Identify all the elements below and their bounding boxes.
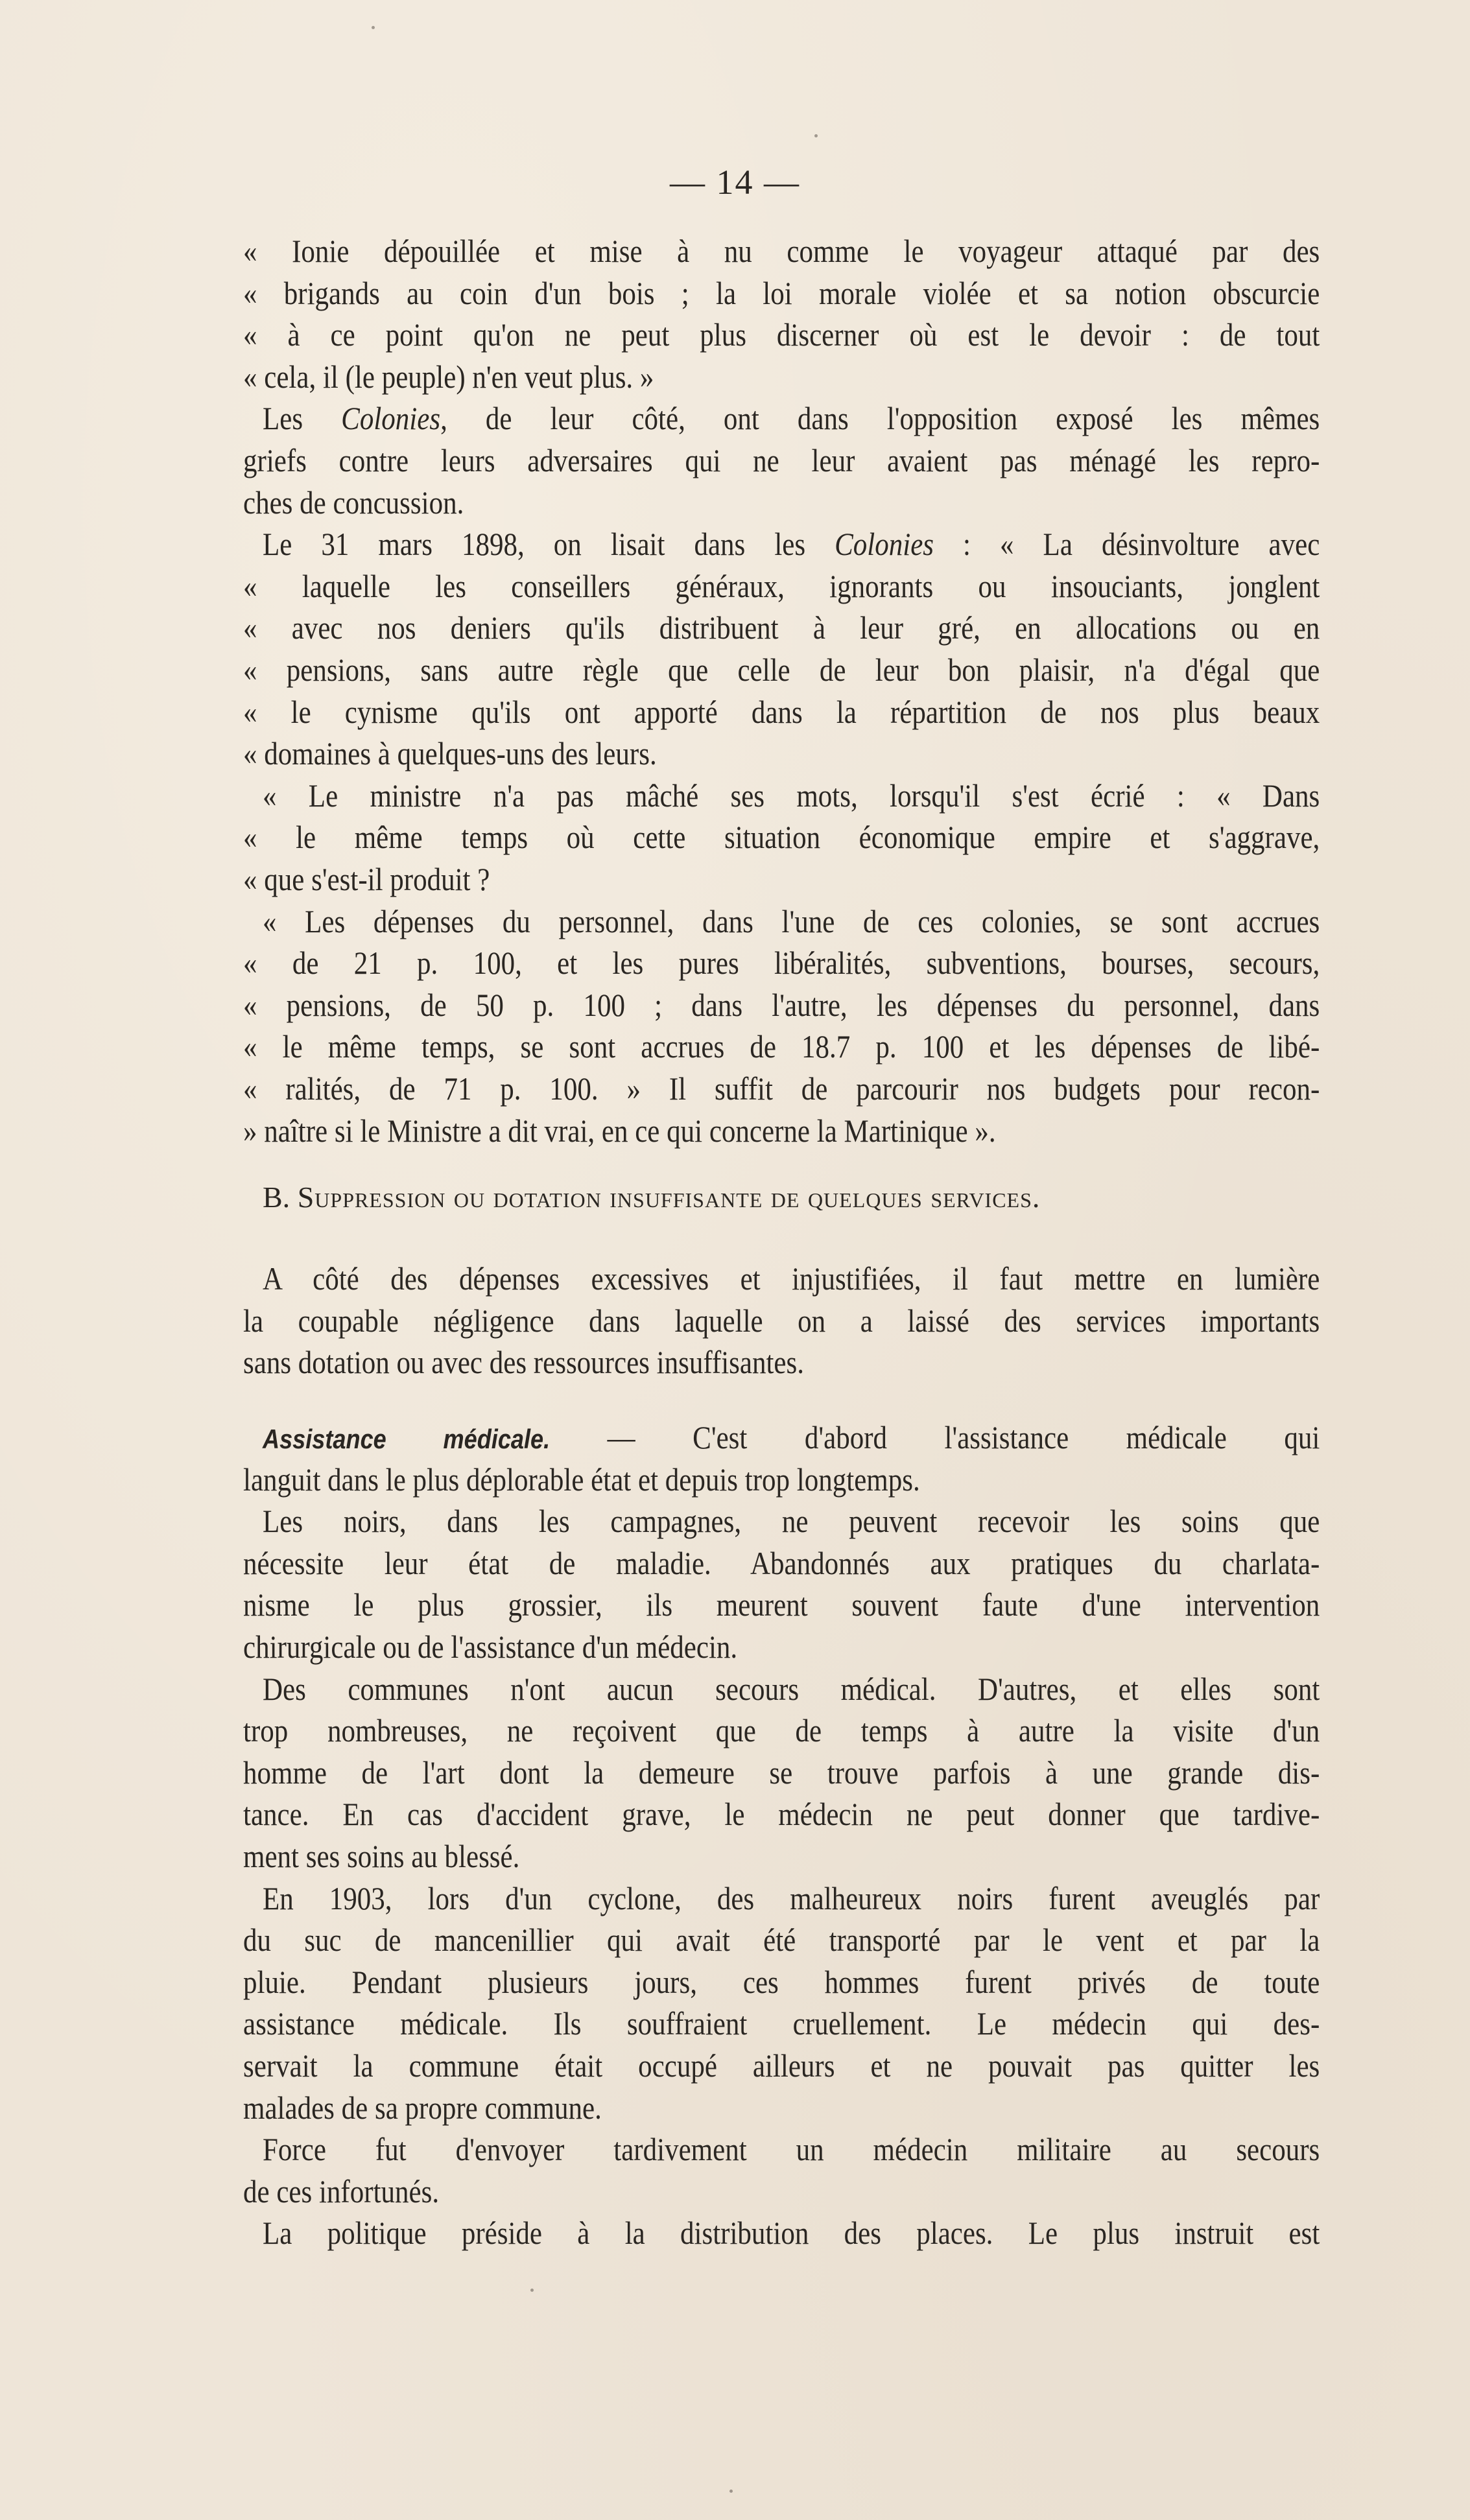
ink-speck [372,26,375,29]
text-line-content: assistance médicale. Ils souffraient cru… [243,2003,1320,2044]
text-line-content: » naître si le Ministre a dit vrai, en c… [243,1110,1320,1151]
text-line: servait la commune était occupé ailleurs… [243,2045,1320,2086]
text-line-content: « que s'est-il produit ? [243,858,1320,900]
text-line: Assistance médicale. — C'est d'abord l'a… [263,1417,1320,1458]
text-line-content: Assistance médicale. — C'est d'abord l'a… [263,1417,1320,1460]
text-line: nécessite leur état de maladie. Abandonn… [243,1542,1320,1584]
text-line: pluie. Pendant plusieurs jours, ces homm… [243,1961,1320,2003]
text-line: « Les dépenses du personnel, dans l'une … [263,901,1320,942]
text-line: assistance médicale. Ils souffraient cru… [243,2003,1320,2044]
section-title-initial: S [298,1181,315,1214]
text-line: « cela, il (le peuple) n'en veut plus. » [243,356,1320,397]
text-line: malades de sa propre commune. [243,2087,1320,2128]
text-line-content: La politique préside à la distribution d… [263,2212,1320,2254]
text-line: griefs contre leurs adversaires qui ne l… [243,440,1320,481]
text-line: « Le ministre n'a pas mâché ses mots, lo… [263,775,1320,816]
text-line: languit dans le plus déplorable état et … [243,1459,1320,1500]
text-line: nisme le plus grossier, ils meurent souv… [243,1584,1320,1625]
text-line-content: Le 31 mars 1898, on lisait dans les Colo… [263,523,1320,565]
text-line-content: malades de sa propre commune. [243,2087,1320,2128]
text-line-content: nécessite leur état de maladie. Abandonn… [243,1542,1320,1584]
text-line: « laquelle les conseillers généraux, ign… [243,565,1320,607]
text-fragment: : « La désinvolture avec [934,526,1320,562]
text-line: homme de l'art dont la demeure se trouve… [243,1752,1320,1793]
text-line: « que s'est-il produit ? [243,858,1320,900]
ink-speck [530,2289,534,2292]
text-line-content: « pensions, sans autre règle que celle d… [243,649,1320,690]
text-line: « pensions, de 50 p. 100 ; dans l'autre,… [243,984,1320,1026]
text-line-content: la coupable négligence dans laquelle on … [243,1300,1320,1341]
text-line-content: « Ionie dépouillée et mise à nu comme le… [243,230,1320,272]
text-line-content: chirurgicale ou de l'assistance d'un méd… [243,1626,1320,1667]
italic-title: Colonies [835,526,934,562]
text-line-content: « Le ministre n'a pas mâché ses mots, lo… [263,775,1320,816]
text-line-content: sans dotation ou avec des ressources ins… [243,1341,1320,1383]
text-line-content: « laquelle les conseillers généraux, ign… [243,565,1320,607]
text-line-content: « à ce point qu'on ne peut plus discerne… [243,314,1320,355]
text-fragment: , de leur côté, ont dans l'opposition ex… [440,400,1320,436]
runin-text: — C'est d'abord l'assistance médicale qu… [550,1419,1320,1455]
text-line: « ralités, de 71 p. 100. » Il suffit de … [243,1068,1320,1109]
text-line-content: « avec nos deniers qu'ils distribuent à … [243,607,1320,648]
text-line-content: de ces infortunés. [243,2171,1320,2212]
text-line: » naître si le Ministre a dit vrai, en c… [243,1110,1320,1151]
text-line-content: homme de l'art dont la demeure se trouve… [243,1752,1320,1793]
page-number: — 14 — [0,162,1470,202]
text-fragment: Les [263,400,341,436]
text-line: du suc de mancenillier qui avait été tra… [243,1919,1320,1961]
text-line-content: du suc de mancenillier qui avait été tra… [243,1919,1320,1961]
text-line-content: A côté des dépenses excessives et injust… [263,1258,1320,1299]
text-line: A côté des dépenses excessives et injust… [263,1258,1320,1299]
ink-speck [729,2490,733,2493]
text-line: « le même temps, se sont accrues de 18.7… [243,1026,1320,1067]
text-line-content: « brigands au coin d'un bois ; la loi mo… [243,272,1320,314]
text-line-content: ment ses soins au blessé. [243,1835,1320,1877]
text-line: « domaines à quelques-uns des leurs. [243,733,1320,774]
ink-speck [814,134,818,137]
text-line: « de 21 p. 100, et les pures libéralités… [243,942,1320,983]
text-line-content: tance. En cas d'accident grave, le médec… [243,1793,1320,1835]
text-line-content: griefs contre leurs adversaires qui ne l… [243,440,1320,481]
text-line-content: « pensions, de 50 p. 100 ; dans l'autre,… [243,984,1320,1026]
text-line-content: Les Colonies, de leur côté, ont dans l'o… [263,397,1320,439]
runin-heading: Assistance médicale. [263,1424,550,1454]
text-line: sans dotation ou avec des ressources ins… [243,1341,1320,1383]
text-line-content: languit dans le plus déplorable état et … [243,1459,1320,1500]
text-line: « pensions, sans autre règle que celle d… [243,649,1320,690]
text-line: Des communes n'ont aucun secours médical… [263,1668,1320,1710]
text-line: tance. En cas d'accident grave, le médec… [243,1793,1320,1835]
text-line-content: Force fut d'envoyer tardivement un médec… [263,2128,1320,2170]
text-line: « Ionie dépouillée et mise à nu comme le… [243,230,1320,272]
text-line: chirurgicale ou de l'assistance d'un méd… [243,1626,1320,1667]
text-line-content: « domaines à quelques-uns des leurs. [243,733,1320,774]
text-line: Les Colonies, de leur côté, ont dans l'o… [263,397,1320,439]
document-page: — 14 — « Ionie dépouillée et mise à nu c… [0,0,1470,2520]
text-line: Le 31 mars 1898, on lisait dans les Colo… [263,523,1320,565]
italic-title: Colonies [341,400,440,436]
text-line: En 1903, lors d'un cyclone, des malheure… [263,1878,1320,1919]
text-line: ches de concussion. [243,482,1320,523]
text-line-content: servait la commune était occupé ailleurs… [243,2045,1320,2086]
text-line-content: « le même temps, se sont accrues de 18.7… [243,1026,1320,1067]
text-line: « avec nos deniers qu'ils distribuent à … [243,607,1320,648]
text-line: « le même temps où cette situation écono… [243,816,1320,858]
text-line-content: En 1903, lors d'un cyclone, des malheure… [263,1878,1320,1919]
text-line: la coupable négligence dans laquelle on … [243,1300,1320,1341]
section-title-rest: uppression ou dotation insuffisante de q… [314,1181,1040,1214]
text-line-content: « ralités, de 71 p. 100. » Il suffit de … [243,1068,1320,1109]
section-heading: B. Suppression ou dotation insuffisante … [263,1177,1320,1218]
text-line-content: « Les dépenses du personnel, dans l'une … [263,901,1320,942]
text-line-content: « le même temps où cette situation écono… [243,816,1320,858]
text-line-content: trop nombreuses, ne reçoivent que de tem… [243,1710,1320,1751]
text-line: trop nombreuses, ne reçoivent que de tem… [243,1710,1320,1751]
section-title: Suppression ou dotation insuffisante de … [298,1181,1041,1214]
text-line: de ces infortunés. [243,2171,1320,2212]
text-line: « à ce point qu'on ne peut plus discerne… [243,314,1320,355]
text-line: « brigands au coin d'un bois ; la loi mo… [243,272,1320,314]
text-line-content: « cela, il (le peuple) n'en veut plus. » [243,356,1320,397]
text-line: « le cynisme qu'ils ont apporté dans la … [243,691,1320,733]
text-line-content: « de 21 p. 100, et les pures libéralités… [243,942,1320,983]
text-line-content: Des communes n'ont aucun secours médical… [263,1668,1320,1710]
text-line: Les noirs, dans les campagnes, ne peuven… [263,1500,1320,1542]
text-fragment: Le 31 mars 1898, on lisait dans les [263,526,835,562]
text-line-content: nisme le plus grossier, ils meurent souv… [243,1584,1320,1625]
text-line-content: pluie. Pendant plusieurs jours, ces homm… [243,1961,1320,2003]
text-line-content: Les noirs, dans les campagnes, ne peuven… [263,1500,1320,1542]
text-line-content: « le cynisme qu'ils ont apporté dans la … [243,691,1320,733]
text-line-content: ches de concussion. [243,482,1320,523]
text-line: Force fut d'envoyer tardivement un médec… [263,2128,1320,2170]
section-letter: B. [263,1181,290,1214]
text-line: ment ses soins au blessé. [243,1835,1320,1877]
text-line: La politique préside à la distribution d… [263,2212,1320,2254]
